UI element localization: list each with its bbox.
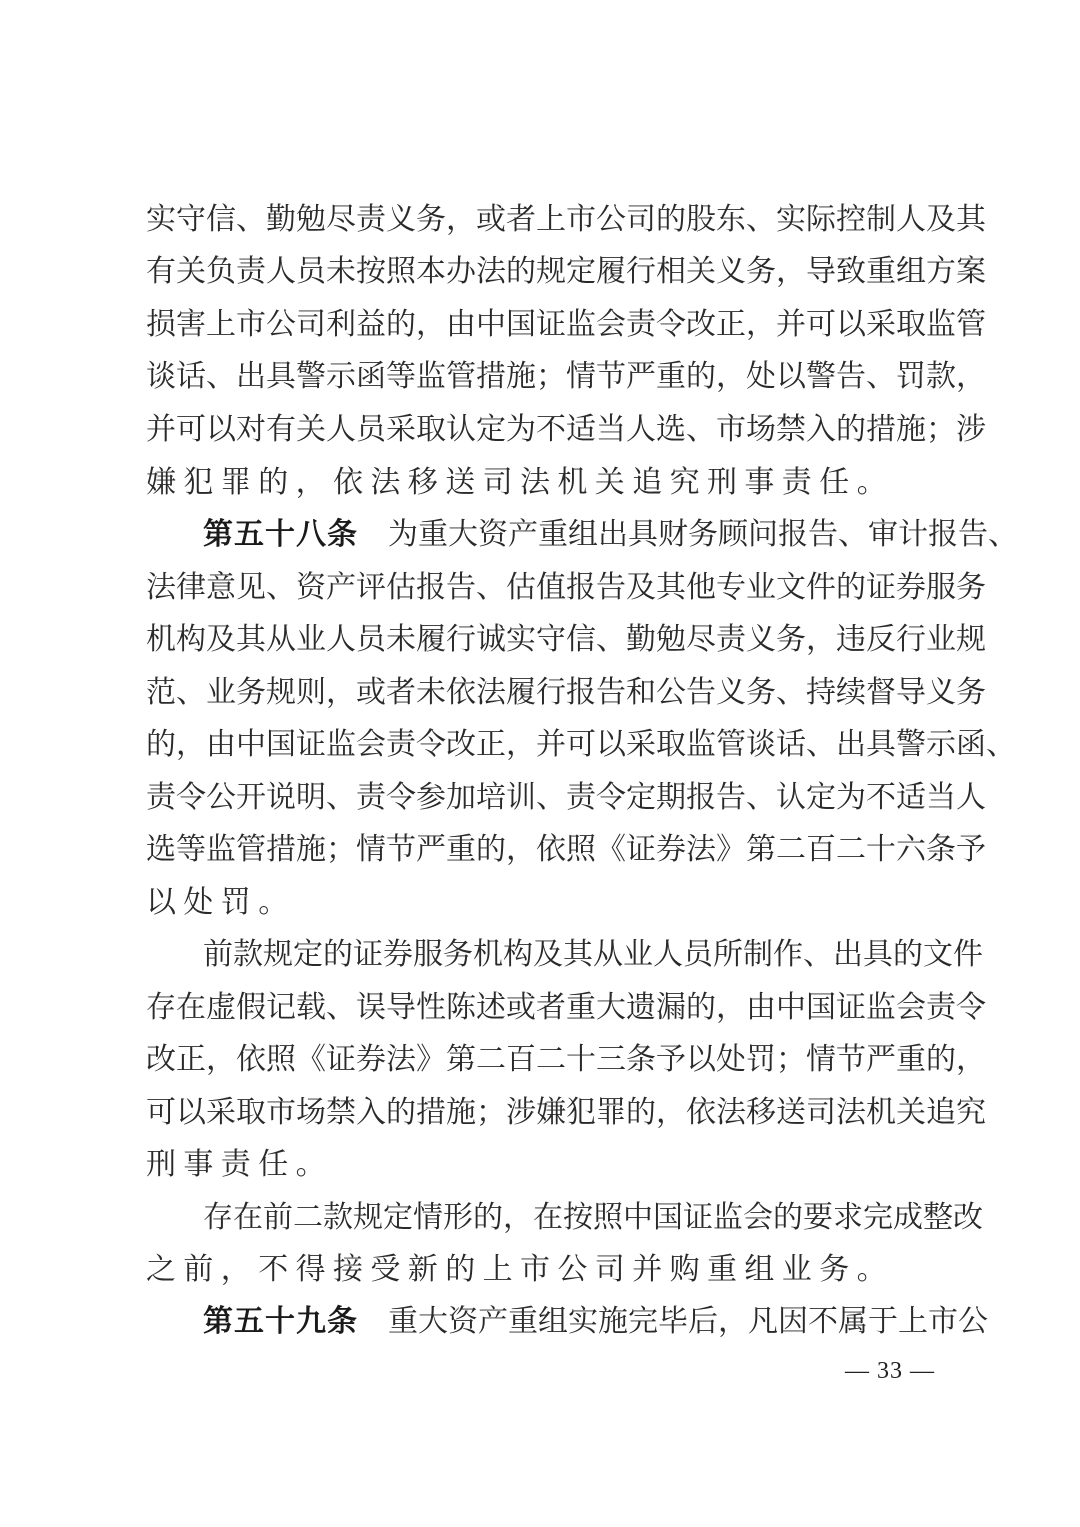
text-line: 并可以对有关人员采取认定为不适当人选、市场禁入的措施；涉 [146,410,936,450]
text-line: 有关负责人员未按照本办法的规定履行相关义务，导致重组方案 [146,252,936,292]
text-line: 选等监管措施；情节严重的，依照《证券法》第二百二十六条予 [146,830,936,870]
text-line: 机构及其从业人员未履行诚实守信、勤勉尽责义务，违反行业规 [146,620,936,660]
text-line: 的，由中国证监会责令改正，并可以采取监管谈话、出具警示函、 [146,725,936,765]
text-line: 刑事责任。 [146,1145,936,1185]
document-page: 实守信、勤勉尽责义务，或者上市公司的股东、实际控制人及其 有关负责人员未按照本办… [0,0,1080,1527]
article-text: 为重大资产重组出具财务顾问报告、审计报告、 [388,517,1018,552]
article-58-first-line: 第五十八条为重大资产重组出具财务顾问报告、审计报告、 [203,515,936,555]
text-line: 可以采取市场禁入的措施；涉嫌犯罪的，依法移送司法机关追究 [146,1093,936,1133]
text-line: 损害上市公司利益的，由中国证监会责令改正，并可以采取监管 [146,305,936,345]
text-line: 实守信、勤勉尽责义务，或者上市公司的股东、实际控制人及其 [146,200,936,240]
text-line: 以处罚。 [146,883,936,923]
page-number: — 33 — [845,1358,935,1385]
text-line: 嫌犯罪的，依法移送司法机关追究刑事责任。 [146,463,936,503]
text-line: 存在前二款规定情形的，在按照中国证监会的要求完成整改 [203,1198,936,1238]
text-line: 责令公开说明、责令参加培训、责令定期报告、认定为不适当人 [146,778,936,818]
text-line: 范、业务规则，或者未依法履行报告和公告义务、持续督导义务 [146,673,936,713]
text-line: 之前，不得接受新的上市公司并购重组业务。 [146,1250,936,1290]
article-59-first-line: 第五十九条重大资产重组实施完毕后，凡因不属于上市公 [203,1302,936,1342]
article-heading: 第五十八条 [203,517,358,552]
text-line: 谈话、出具警示函等监管措施；情节严重的，处以警告、罚款， [146,357,936,397]
text-line: 法律意见、资产评估报告、估值报告及其他专业文件的证券服务 [146,568,936,608]
article-heading: 第五十九条 [203,1304,358,1339]
text-line: 前款规定的证券服务机构及其从业人员所制作、出具的文件 [203,935,936,975]
text-line: 存在虚假记载、误导性陈述或者重大遗漏的，由中国证监会责令 [146,988,936,1028]
text-line: 改正，依照《证券法》第二百二十三条予以处罚；情节严重的， [146,1040,936,1080]
article-text: 重大资产重组实施完毕后，凡因不属于上市公 [388,1304,988,1339]
